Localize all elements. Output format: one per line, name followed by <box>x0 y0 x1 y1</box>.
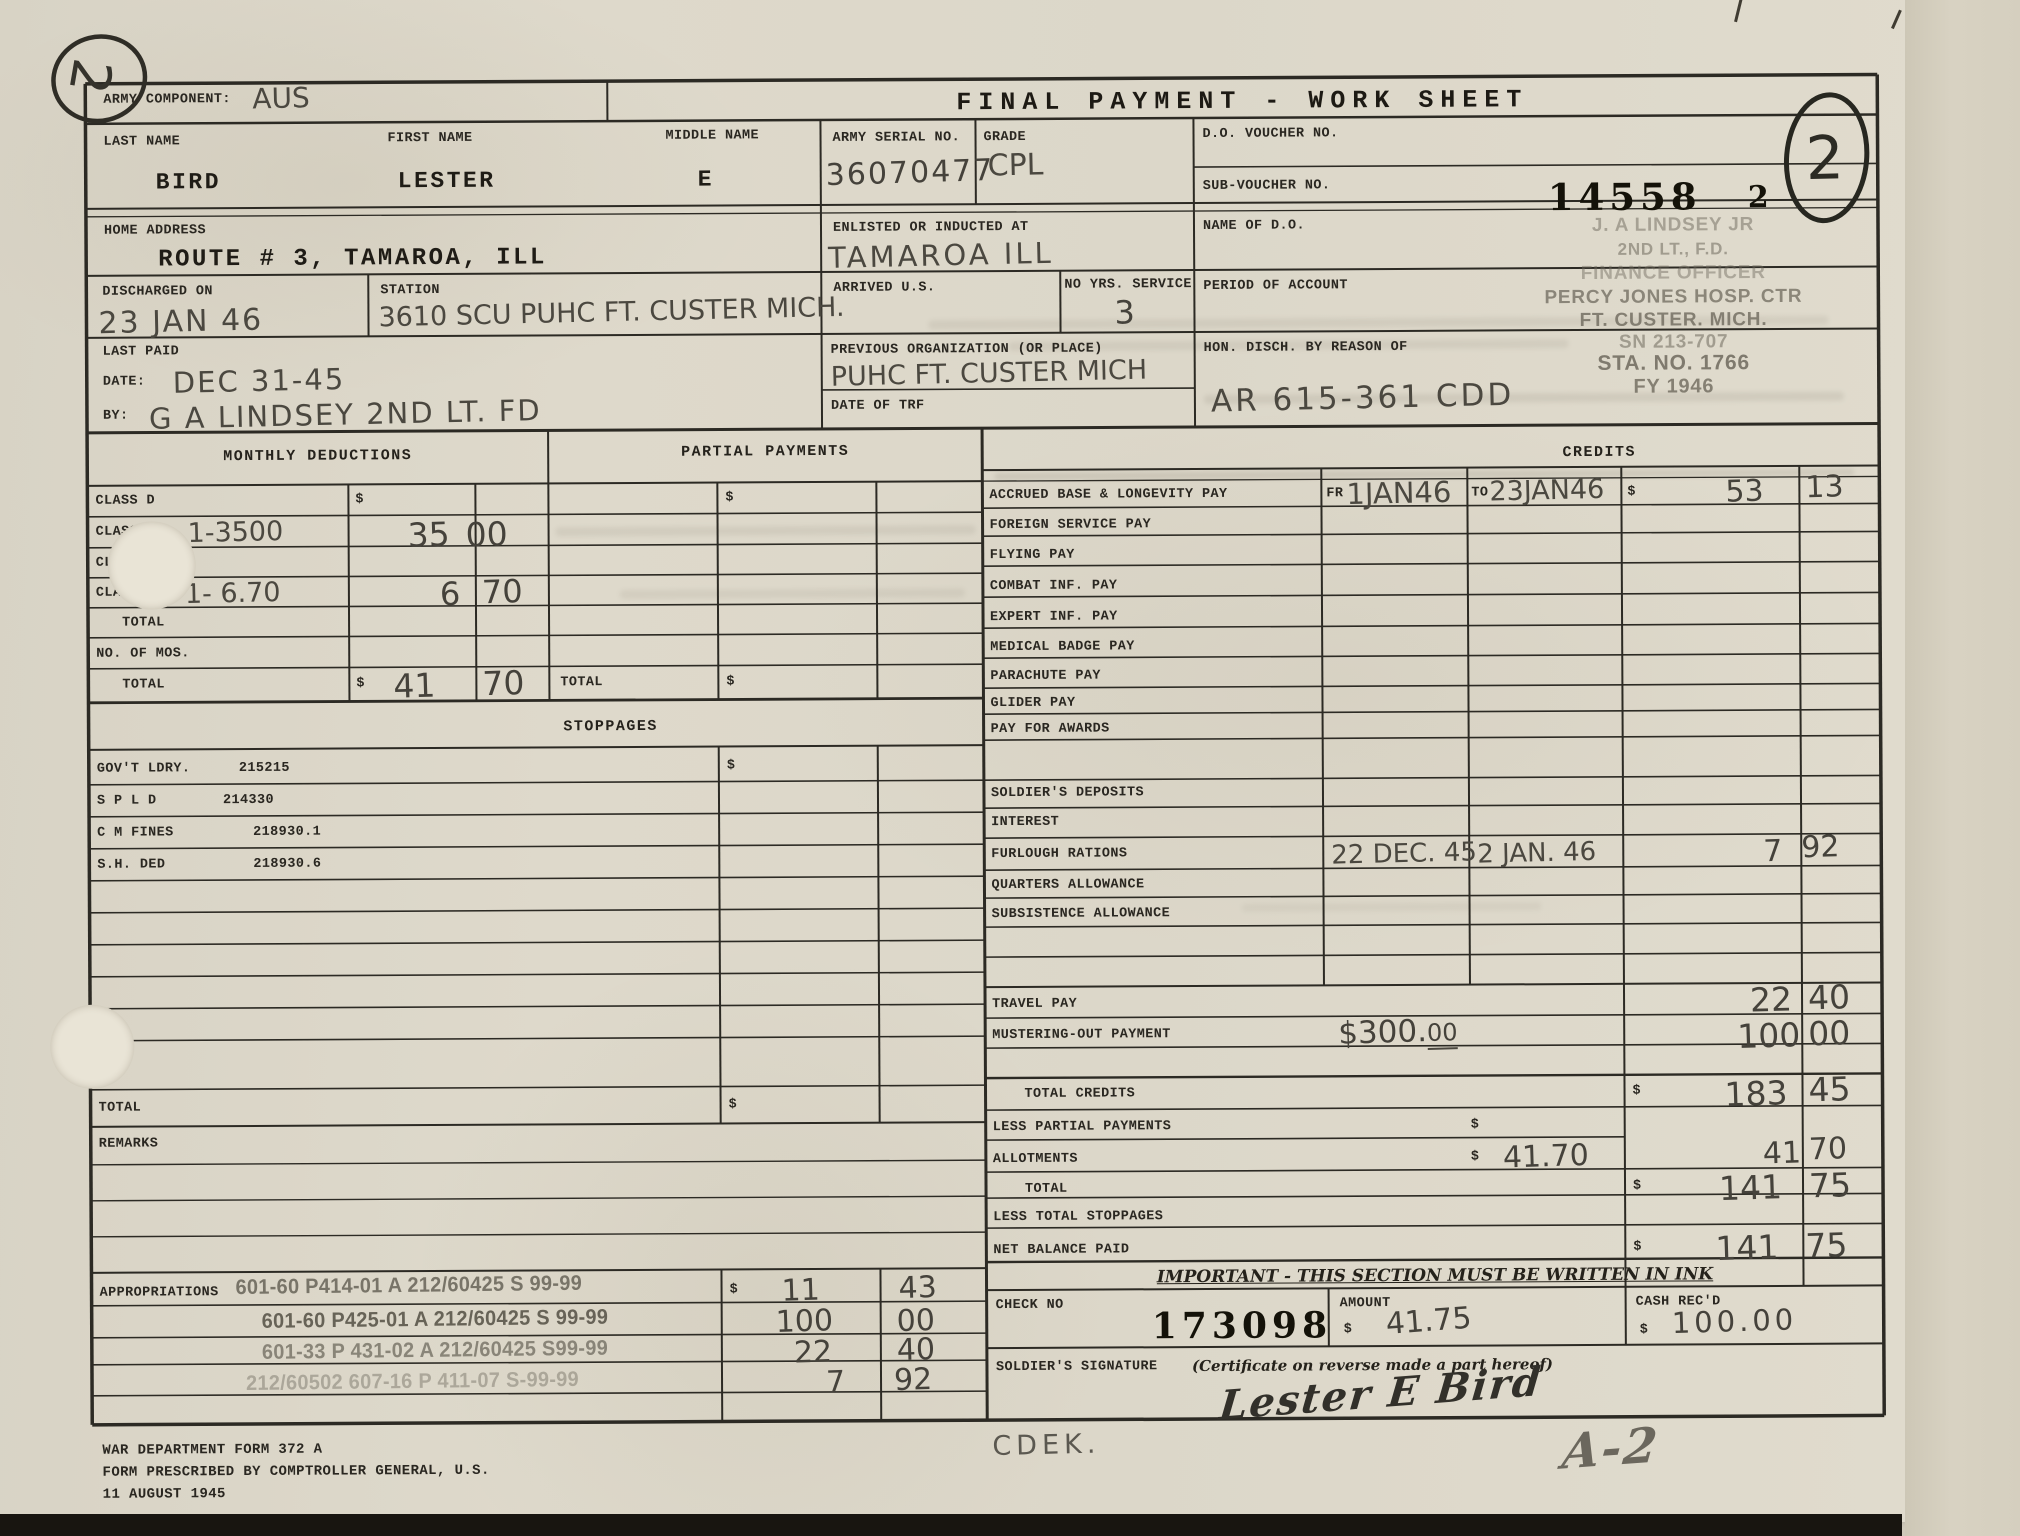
deductions-total-cents: 70 <box>482 663 525 703</box>
deductions-grand-total-label: TOTAL <box>122 677 165 692</box>
appropriation-cents: 92 <box>893 1362 932 1398</box>
a2-annotation: A-2 <box>1560 1417 1662 1481</box>
class-e-hand: 1-3500 <box>187 516 283 549</box>
grade-label: GRADE <box>983 130 1026 145</box>
furlough-cents: 92 <box>1801 829 1840 865</box>
summary-total-label: TOTAL <box>1025 1182 1068 1197</box>
arrived-us-label: ARRIVED U.S. <box>833 280 935 296</box>
appropriation-cents: 43 <box>898 1270 937 1306</box>
home-address-value: ROUTE # 3, TAMAROA, ILL <box>158 244 547 273</box>
period-of-account-label: PERIOD OF ACCOUNT <box>1203 278 1348 294</box>
dollar-sign: $ <box>1471 1150 1480 1165</box>
accrued-from-value: 1JAN46 <box>1346 475 1452 511</box>
accrued-dollars: 53 <box>1725 474 1764 510</box>
total-credits-dollars: 183 <box>1724 1073 1788 1114</box>
do-name-label: NAME OF D.O. <box>1203 218 1305 234</box>
middle-name-value: E <box>698 167 714 193</box>
dollar-sign: $ <box>1633 1179 1642 1194</box>
fiscal-year-stamp: FY 1946 <box>1479 375 1869 400</box>
dollar-sign: $ <box>730 1282 739 1297</box>
last-paid-date-label: DATE: <box>103 375 146 390</box>
credit-row-label: COMBAT INF. PAY <box>990 578 1118 594</box>
allotments-hand: 41.70 <box>1502 1138 1589 1176</box>
allotments-label: ALLOTMENTS <box>993 1152 1078 1167</box>
class-e-dollars: 35 <box>407 514 450 554</box>
yrs-service-value: 3 <box>1114 293 1136 332</box>
serial-label: ARMY SERIAL NO. <box>832 130 960 146</box>
voucher-mark-value: 2 <box>1805 123 1845 194</box>
deductions-header: MONTHLY DEDUCTIONS <box>87 446 548 465</box>
mustering-hand-cents: 00 <box>1427 1018 1459 1050</box>
credit-row-label: FOREIGN SERVICE PAY <box>990 517 1152 533</box>
grade-value: CPL <box>987 147 1044 183</box>
dollar-sign: $ <box>1632 1084 1641 1099</box>
accrued-to-value: 23JAN46 <box>1489 474 1605 508</box>
furlough-to-value: 2 JAN. 46 <box>1477 837 1597 870</box>
credit-row-label: FLYING PAY <box>990 548 1075 563</box>
net-balance-cents: 75 <box>1805 1225 1848 1265</box>
stoppage-row-code: 214330 <box>223 793 274 808</box>
stoppage-row-code: 218930.1 <box>253 825 321 840</box>
class-d-label: CLASS D <box>95 493 155 508</box>
accrued-cents: 13 <box>1805 469 1844 505</box>
sub-voucher-number: 14558 <box>1548 174 1702 219</box>
subsistence-allowance-label: SUBSISTENCE ALLOWANCE <box>992 906 1171 922</box>
dollar-sign: $ <box>729 1097 738 1112</box>
first-name-label: FIRST NAME <box>387 131 472 146</box>
dollar-sign: $ <box>1640 1323 1649 1338</box>
do-stamp-line: PERCY JONES HOSP. CTR <box>1478 286 1868 310</box>
appropriations-label: APPROPRIATIONS <box>100 1285 219 1301</box>
accrued-pay-label: ACCRUED BASE & LONGEVITY PAY <box>989 487 1227 503</box>
army-component-value: AUS <box>252 81 310 115</box>
station-number-stamp: STA. NO. 1766 <box>1479 351 1869 377</box>
mustering-hand-amount: $300.00 <box>1338 1012 1458 1052</box>
furlough-from-value: 22 DEC. 45 <box>1331 837 1477 870</box>
serial-value: 36070477 <box>825 153 995 193</box>
first-name-value: LESTER <box>398 168 496 195</box>
discharged-label: DISCHARGED ON <box>102 284 213 300</box>
credit-row-label: PAY FOR AWARDS <box>991 721 1110 737</box>
no-of-mos-label: NO. OF MOS. <box>96 646 190 661</box>
credits-header: CREDITS <box>1479 443 1719 461</box>
furlough-rations-label: FURLOUGH RATIONS <box>991 846 1127 862</box>
do-voucher-label: D.O. VOUCHER NO. <box>1202 126 1338 142</box>
net-balance-dollars: 141 <box>1715 1227 1779 1268</box>
partial-payments-header: PARTIAL PAYMENTS <box>548 442 982 461</box>
cdek-annotation: CDEK. <box>992 1429 1101 1462</box>
appropriation-dollars: 7 <box>826 1365 846 1401</box>
disch-reason-value: AR 615-361 CDD <box>1211 377 1515 420</box>
appropriation-stamp: 601-60 P414-01 A 212/60425 S 99-99 <box>235 1272 582 1300</box>
allotments-cents: 70 <box>1808 1131 1847 1167</box>
disch-reason-label: HON. DISCH. BY REASON OF <box>1204 340 1408 356</box>
class-n-cents: 70 <box>481 572 523 611</box>
total-credits-label: TOTAL CREDITS <box>1025 1086 1136 1102</box>
dollar-sign: $ <box>1471 1118 1480 1133</box>
scanned-document-page: ARMY COMPONENT: AUS FINAL PAYMENT - WORK… <box>0 0 2020 1536</box>
dollar-sign: $ <box>355 492 364 507</box>
stoppage-row-label: S.H. DED <box>97 857 165 872</box>
enlisted-value: TAMAROA ILL <box>828 236 1054 275</box>
to-label: TO <box>1471 485 1488 500</box>
dollar-sign: $ <box>1627 485 1636 500</box>
last-paid-by-label: BY: <box>103 409 129 424</box>
class-n-hand: 1- 6.70 <box>185 577 281 610</box>
check-no-value: 173098 <box>1152 1304 1333 1347</box>
amount-label: AMOUNT <box>1340 1296 1391 1311</box>
sub-voucher-label: SUB-VOUCHER NO. <box>1203 178 1331 194</box>
summary-total-dollars: 141 <box>1718 1167 1782 1208</box>
appropriation-stamp: 212/60502 607-16 P 411-07 S-99-99 <box>246 1368 579 1396</box>
dollar-sign: $ <box>356 676 365 691</box>
dollar-sign: $ <box>726 674 735 689</box>
stoppages-total-label: TOTAL <box>99 1101 142 1116</box>
credit-row-label: MEDICAL BADGE PAY <box>990 639 1135 655</box>
credit-row-label: PARACHUTE PAY <box>990 669 1101 685</box>
stoppage-row-label: C M FINES <box>97 825 174 840</box>
mustering-cents: 00 <box>1808 1013 1851 1053</box>
punched-hole <box>108 521 196 609</box>
middle-name-label: MIDDLE NAME <box>665 128 759 143</box>
credit-row-label: EXPERT INF. PAY <box>990 609 1118 625</box>
stoppage-row-code: 218930.6 <box>253 857 321 872</box>
credit-row-label: SOLDIER'S DEPOSITS <box>991 785 1144 801</box>
mustering-hand-dollars: $300. <box>1338 1013 1428 1052</box>
appropriation-stamp: 601-60 P425-01 A 212/60425 S 99-99 <box>262 1306 609 1334</box>
credit-row-label: GLIDER PAY <box>990 696 1075 711</box>
appropriation-stamp: 601-33 P 431-02 A 212/60425 S99-99 <box>262 1337 608 1365</box>
discharged-value: 23 JAN 46 <box>98 302 263 341</box>
remarks-label: REMARKS <box>99 1136 159 1151</box>
stoppages-header: STOPPAGES <box>401 717 821 736</box>
footer-date: 11 AUGUST 1945 <box>103 1486 226 1503</box>
check-no-label: CHECK NO <box>996 1298 1064 1313</box>
deductions-total-dollars: 41 <box>393 665 436 705</box>
travel-cents: 40 <box>1807 977 1850 1017</box>
do-stamp-line: FINANCE OFFICER <box>1478 262 1868 286</box>
net-balance-label: NET BALANCE PAID <box>993 1242 1129 1258</box>
class-n-dollars: 6 <box>439 575 461 614</box>
allotments-dollars: 41 <box>1762 1135 1801 1171</box>
furlough-dollars: 7 <box>1763 834 1783 870</box>
quarters-allowance-label: QUARTERS ALLOWANCE <box>991 877 1144 893</box>
less-stoppages-label: LESS TOTAL STOPPAGES <box>993 1209 1163 1225</box>
less-partial-label: LESS PARTIAL PAYMENTS <box>993 1119 1172 1135</box>
voucher-circled-mark: 2 <box>1779 85 1876 230</box>
home-address-label: HOME ADDRESS <box>104 223 206 239</box>
travel-dollars: 22 <box>1749 979 1792 1019</box>
signature-label: SOLDIER'S SIGNATURE <box>996 1359 1158 1375</box>
corner-circled-mark: 2 <box>47 28 152 133</box>
punched-hole <box>50 1005 134 1089</box>
sub-voucher-page: 2 <box>1748 180 1769 215</box>
mustering-out-label: MUSTERING-OUT PAYMENT <box>992 1027 1171 1043</box>
yrs-service-label: NO YRS. SERVICE <box>1064 277 1192 293</box>
last-paid-label: LAST PAID <box>103 344 180 359</box>
partial-total-label: TOTAL <box>560 675 603 690</box>
deductions-total-label: TOTAL <box>122 615 165 630</box>
last-paid-date-value: DEC 31-45 <box>172 362 345 400</box>
footer-prescribed-by: FORM PRESCRIBED BY COMPTROLLER GENERAL, … <box>102 1463 489 1481</box>
class-e-cents: 00 <box>465 514 508 554</box>
footer-form-number: WAR DEPARTMENT FORM 372 A <box>102 1442 322 1459</box>
cash-recd-value: 100.00 <box>1671 1302 1797 1340</box>
dollar-sign: $ <box>725 490 734 505</box>
credit-row-label: INTEREST <box>991 815 1059 830</box>
scan-bottom-bar <box>0 1514 1902 1536</box>
form-sheet: ARMY COMPONENT: AUS FINAL PAYMENT - WORK… <box>0 0 2020 1527</box>
mustering-dollars: 100 <box>1737 1015 1801 1056</box>
travel-pay-label: TRAVEL PAY <box>992 997 1077 1012</box>
amount-value: 41.75 <box>1385 1301 1473 1342</box>
station-label: STATION <box>380 283 440 298</box>
dollar-sign: $ <box>727 758 736 773</box>
from-label: FR <box>1326 486 1343 501</box>
dollar-sign: $ <box>1344 1322 1353 1337</box>
last-name-label: LAST NAME <box>104 134 181 149</box>
date-of-trf-label: DATE OF TRF <box>831 398 925 413</box>
last-name-value: BIRD <box>156 169 221 195</box>
stoppage-row-code: 215215 <box>239 761 290 776</box>
total-credits-cents: 45 <box>1808 1069 1851 1109</box>
summary-total-cents: 75 <box>1808 1165 1851 1205</box>
stoppage-row-label: S P L D <box>97 793 157 808</box>
enlisted-label: ENLISTED OR INDUCTED AT <box>833 220 1029 236</box>
do-stamp-line: FT. CUSTER. MICH. <box>1478 309 1868 333</box>
dollar-sign: $ <box>1633 1240 1642 1255</box>
do-stamp-line: 2ND LT., F.D. <box>1478 239 1868 261</box>
stoppage-row-label: GOV'T LDRY. <box>97 761 191 776</box>
